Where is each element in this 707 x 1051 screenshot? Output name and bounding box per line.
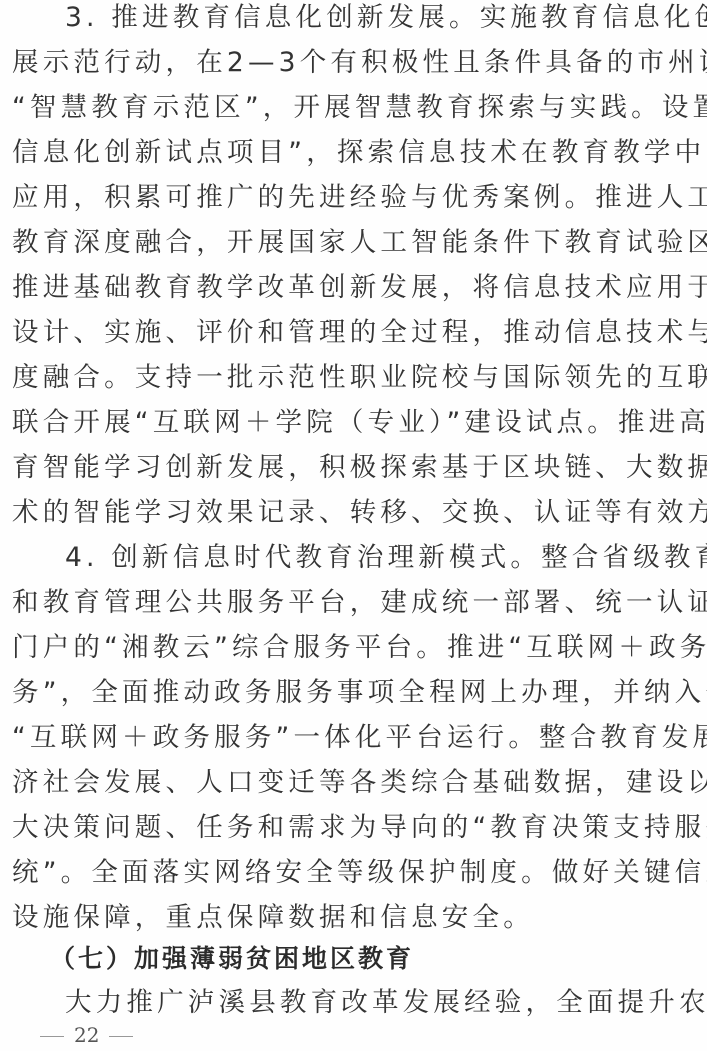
page-number: 22 (74, 1023, 99, 1047)
section-heading: （七）加强薄弱贫困地区教育 (50, 941, 414, 977)
dash-right (109, 1036, 133, 1037)
section-paragraph-line-1: 大力推广泸溪县教育改革发展经验，全面提升农村和贫 (65, 985, 696, 1021)
paragraph-4-line-1: 4. 创新信息时代教育治理新模式。整合省级教育资源 (65, 540, 696, 576)
paragraph-4-line-4: 务”，全面推动政务服务事项全程网上办理，并纳入全省 (12, 675, 696, 711)
paragraph-4-line-5: “互联网＋政务服务”一体化平台运行。整合教育发展、经 (12, 720, 696, 756)
paragraph-3-line-8: 设计、实施、评价和管理的全过程，推动信息技术与课程深 (12, 315, 696, 351)
document-page: 3. 推进教育信息化创新发展。实施教育信息化创新发 展示范行动，在2—3个有积极… (0, 0, 707, 1051)
paragraph-3-line-2: 展示范行动，在2—3个有积极性且条件具备的市州设立 (12, 45, 696, 81)
paragraph-3-line-3: “智慧教育示范区”，开展智慧教育探索与实践。设置“教育 (12, 90, 696, 126)
paragraph-4-line-7: 大决策问题、任务和需求为导向的“教育决策支持服务系 (12, 810, 696, 846)
paragraph-4-line-6: 济社会发展、人口变迁等各类综合基础数据，建设以教育重 (12, 765, 696, 801)
page-footer: 22 (30, 1022, 143, 1048)
paragraph-3-line-11: 育智能学习创新发展，积极探索基于区块链、大数据等新技 (12, 450, 696, 486)
paragraph-4-line-9: 设施保障，重点保障数据和信息安全。 (12, 900, 696, 936)
dash-left (40, 1036, 64, 1037)
paragraph-3-line-4: 信息化创新试点项目”，探索信息技术在教育教学中的创新 (12, 135, 696, 171)
paragraph-3-line-6: 教育深度融合，开展国家人工智能条件下教育试验区工作。 (12, 225, 696, 261)
paragraph-3-line-5: 应用，积累可推广的先进经验与优秀案例。推进人工智能与 (12, 180, 696, 216)
paragraph-3-line-10: 联合开展“互联网＋学院（专业）”建设试点。推进高等教 (12, 405, 696, 441)
paragraph-4-line-2: 和教育管理公共服务平台，建成统一部署、统一认证和统一 (12, 585, 696, 621)
paragraph-4-line-8: 统”。全面落实网络安全等级保护制度。做好关键信息基础 (12, 855, 696, 891)
paragraph-3-line-9: 度融合。支持一批示范性职业院校与国际领先的互联网企业 (12, 360, 696, 396)
paragraph-3-line-12: 术的智能学习效果记录、转移、交换、认证等有效方式。 (12, 495, 696, 531)
paragraph-3-line-1: 3. 推进教育信息化创新发展。实施教育信息化创新发 (65, 0, 696, 36)
paragraph-4-line-3: 门户的“湘教云”综合服务平台。推进“互联网＋政务服 (12, 630, 696, 666)
paragraph-3-line-7: 推进基础教育教学改革创新发展，将信息技术应用于课程的 (12, 270, 696, 306)
